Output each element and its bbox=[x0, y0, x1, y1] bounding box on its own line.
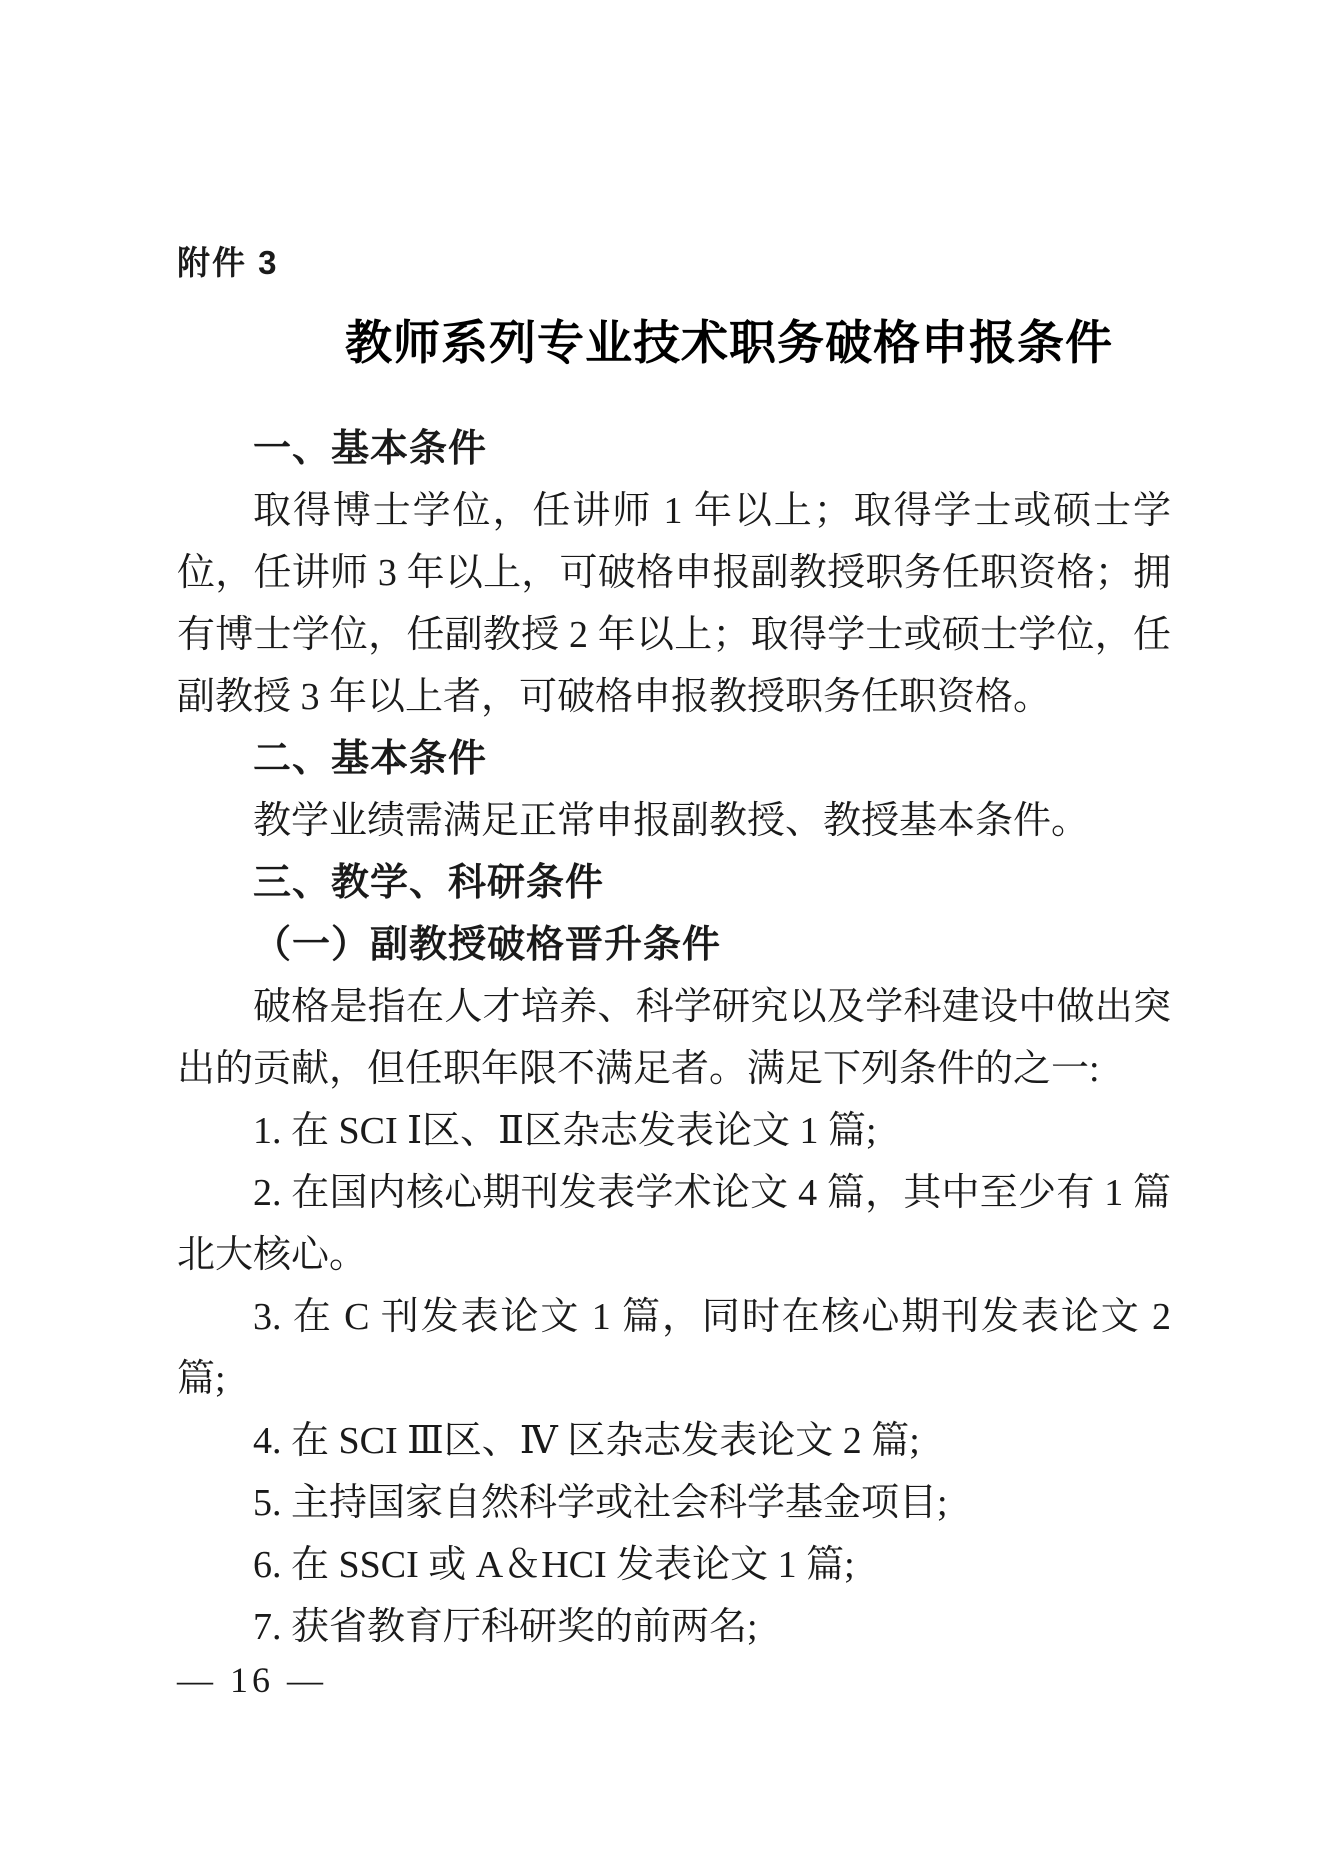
list-item-6: 6. 在 SSCI 或 A＆HCI 发表论文 1 篇; bbox=[177, 1534, 1171, 1596]
page-number: — 16 — bbox=[177, 1658, 327, 1702]
list-item-4: 4. 在 SCI Ⅲ区、Ⅳ 区杂志发表论文 2 篇; bbox=[177, 1410, 1171, 1472]
document-page: 附件 3 教师系列专业技术职务破格申报条件 一、基本条件 取得博士学位，任讲师 … bbox=[0, 0, 1323, 1871]
list-item-1: 1. 在 SCI Ⅰ区、Ⅱ区杂志发表论文 1 篇; bbox=[177, 1100, 1171, 1162]
section-heading-basic-conditions-1: 一、基本条件 bbox=[177, 418, 1171, 480]
list-item-5: 5. 主持国家自然科学或社会科学基金项目; bbox=[177, 1472, 1171, 1534]
list-item-2: 2. 在国内核心期刊发表学术论文 4 篇，其中至少有 1 篇北大核心。 bbox=[177, 1162, 1171, 1286]
document-body: 一、基本条件 取得博士学位，任讲师 1 年以上；取得学士或硕士学位，任讲师 3 … bbox=[177, 418, 1171, 1658]
document-content: 附件 3 教师系列专业技术职务破格申报条件 一、基本条件 取得博士学位，任讲师 … bbox=[0, 0, 1323, 1658]
list-item-3: 3. 在 C 刊发表论文 1 篇，同时在核心期刊发表论文 2 篇; bbox=[177, 1286, 1171, 1410]
paragraph-exception-definition: 破格是指在人才培养、科学研究以及学科建设中做出突出的贡献，但任职年限不满足者。满… bbox=[177, 976, 1171, 1100]
section-heading-basic-conditions-2: 二、基本条件 bbox=[177, 728, 1171, 790]
subsection-heading-associate-professor-exception: （一）副教授破格晋升条件 bbox=[177, 914, 1171, 976]
list-item-7: 7. 获省教育厅科研奖的前两名; bbox=[177, 1596, 1171, 1658]
attachment-label: 附件 3 bbox=[177, 0, 1171, 284]
section-heading-teaching-research: 三、教学、科研条件 bbox=[177, 852, 1171, 914]
paragraph-basic-conditions-2: 教学业绩需满足正常申报副教授、教授基本条件。 bbox=[177, 790, 1171, 852]
paragraph-basic-conditions-1: 取得博士学位，任讲师 1 年以上；取得学士或硕士学位，任讲师 3 年以上，可破格… bbox=[177, 480, 1171, 728]
document-title: 教师系列专业技术职务破格申报条件 bbox=[232, 312, 1226, 376]
